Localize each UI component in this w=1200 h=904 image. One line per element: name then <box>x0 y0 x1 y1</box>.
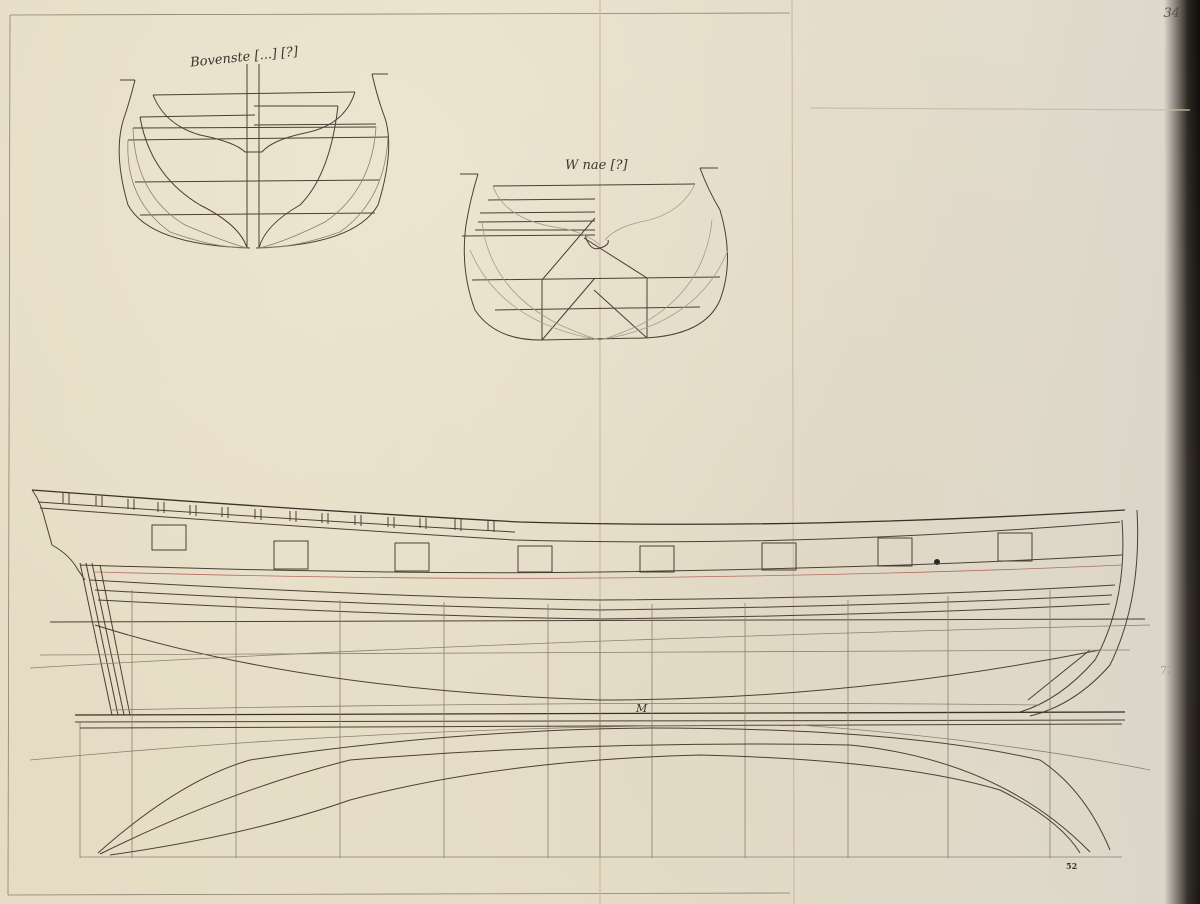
sheet-frame-lines <box>8 0 1190 904</box>
page-number: 34 <box>1163 6 1180 21</box>
sheet-number: 52 <box>1066 861 1077 871</box>
body-plan-aft <box>460 168 728 340</box>
body-plan-fore <box>119 64 389 248</box>
ship-draught-drawing <box>0 0 1200 904</box>
midship-mark: M <box>636 702 647 715</box>
margin-note: 72 <box>1160 664 1174 677</box>
sheer-plan <box>30 490 1150 858</box>
paper-sheet: 34 Bovenste [...] [?] W nae [?] M 52 72 <box>0 0 1200 904</box>
aft-body-plan-title: W nae [?] <box>565 158 628 173</box>
half-breadth-plan <box>30 724 1150 857</box>
